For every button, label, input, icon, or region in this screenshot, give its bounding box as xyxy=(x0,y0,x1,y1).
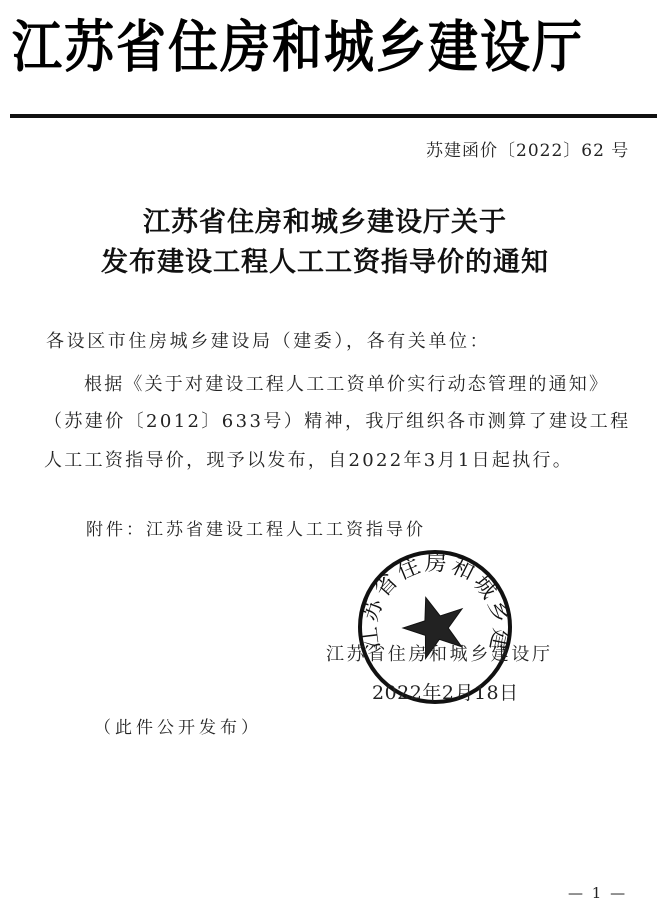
attachment-line: 附件：江苏省建设工程人工工资指导价 xyxy=(86,515,426,540)
signing-date: 2022年2月18日 xyxy=(372,678,519,705)
masthead-issuer: 江苏省住房和城乡建设厅 xyxy=(12,14,584,81)
paragraph-line: （苏建价〔2012〕633号）精神，我厅组织各市测算了建设工程 xyxy=(44,407,631,433)
paragraph-line: 根据《关于对建设工程人工工资单价实行动态管理的通知》 xyxy=(84,370,609,396)
release-note: （此件公开发布） xyxy=(94,713,262,738)
masthead-divider xyxy=(10,114,657,118)
page-number: — 1 — xyxy=(568,884,627,902)
document-title-line-1: 江苏省住房和城乡建设厅关于 xyxy=(0,200,658,239)
document-title-line-2: 发布建设工程人工工资指导价的通知 xyxy=(0,240,658,279)
signing-organization: 江苏省住房和城乡建设厅 xyxy=(326,640,553,666)
salutation: 各设区市住房城乡建设局（建委），各有关单位： xyxy=(46,327,490,353)
paragraph-line: 人工工资指导价，现予以发布，自2022年3月1日起执行。 xyxy=(44,446,573,472)
document-number: 苏建函价〔2022〕62 号 xyxy=(426,136,629,161)
